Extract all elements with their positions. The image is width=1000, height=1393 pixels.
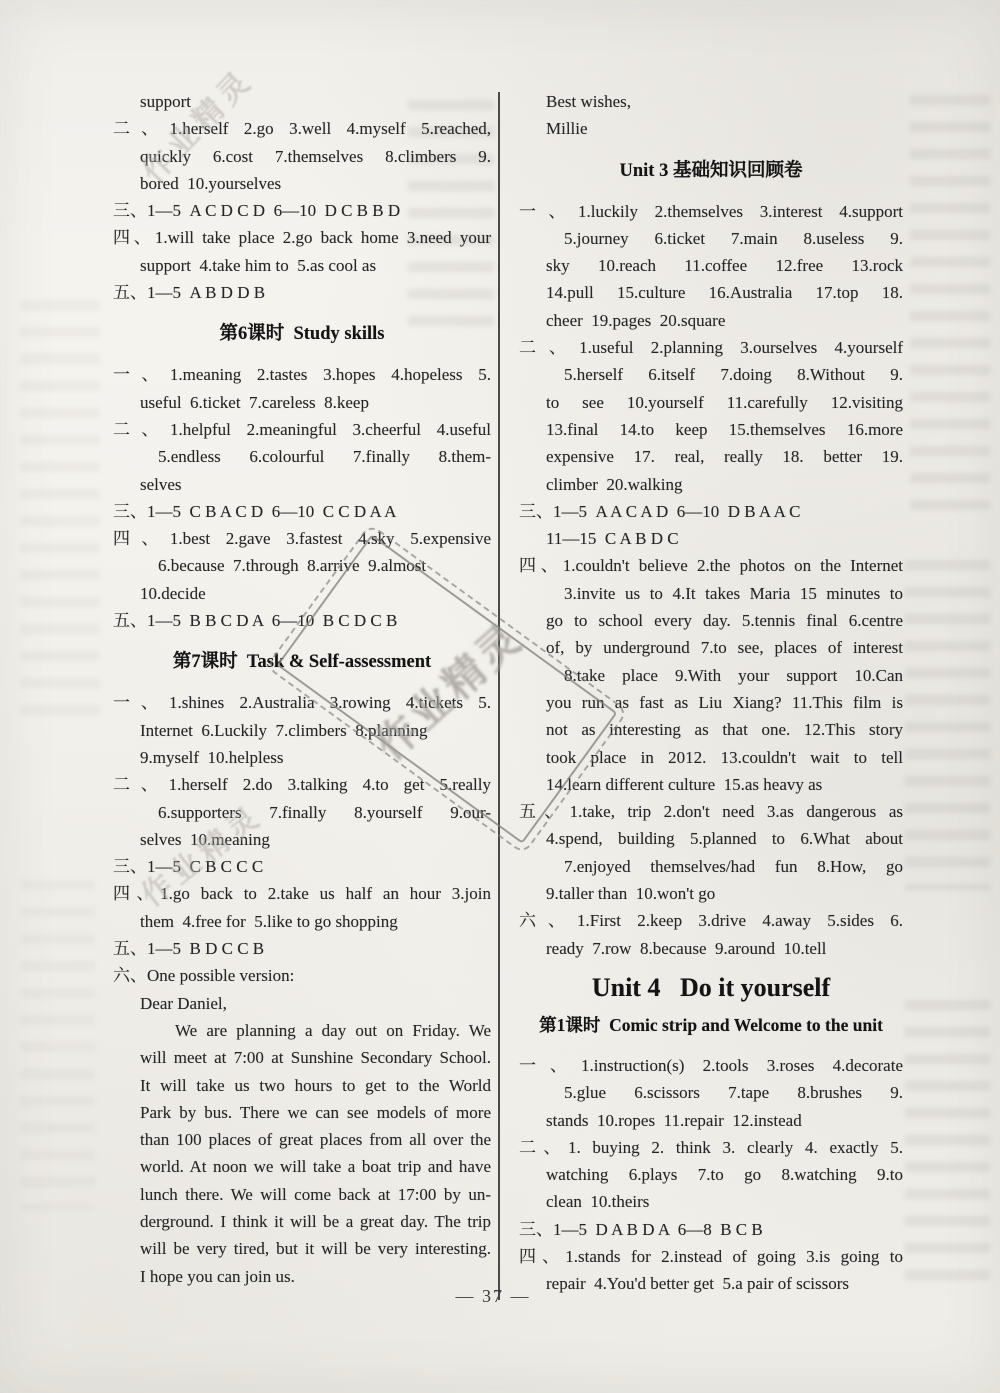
answer-line: 一、1.meaning 2.tastes 3.hopes 4.hopeless … <box>113 361 491 388</box>
answer-line: 二、1.herself 2.do 3.talking 4.to get 5.re… <box>113 771 491 798</box>
answer-line: 9.myself 10.helpless <box>113 744 491 771</box>
answer-line: 9.taller than 10.won't go <box>519 880 903 907</box>
unit-title: Unit 4 Do it yourself <box>519 972 903 1004</box>
section-heading: 第6课时 Study skills <box>113 319 491 349</box>
scanned-answer-page: support二、1.herself 2.go 3.well 4.myself … <box>0 0 1000 1393</box>
answer-line: bored 10.yourselves <box>113 170 491 197</box>
answer-line: 13.final 14.to keep 15.themselves 16.mor… <box>519 416 903 443</box>
answer-line: Dear Daniel, <box>113 990 491 1017</box>
answer-line: expensive 17. real, really 18. better 19… <box>519 443 903 470</box>
answer-line: 五、1—5 A B D D B <box>113 279 491 306</box>
answer-line: 二、1. buying 2. think 3. clearly 4. exact… <box>519 1134 903 1161</box>
answer-line: 一、1.shines 2.Australia 3.rowing 4.ticket… <box>113 689 491 716</box>
answer-line: 6.supporters 7.finally 8.yourself 9.our- <box>113 799 491 826</box>
answer-line: to see 10.yourself 11.carefully 12.visit… <box>519 389 903 416</box>
answer-line: 一、1.luckily 2.themselves 3.interest 4.su… <box>519 198 903 225</box>
left-column: support二、1.herself 2.go 3.well 4.myself … <box>113 88 491 1290</box>
answer-line: 三、1—5 A C D C D 6—10 D C B B D <box>113 197 491 224</box>
answer-line: 六、One possible version: <box>113 962 491 989</box>
answer-line: will be very tired, but it will be very … <box>113 1235 491 1262</box>
bleed-through-artifact <box>20 300 100 720</box>
answer-line: go to school every day. 5.tennis final 6… <box>519 607 903 634</box>
answer-line: 10.decide <box>113 580 491 607</box>
answer-line: 5.journey 6.ticket 7.main 8.useless 9. <box>519 225 903 252</box>
answer-line: 五、1—5 B D C C B <box>113 935 491 962</box>
answer-line: Best wishes, <box>519 88 903 115</box>
answer-line: them 4.free for 5.like to go shopping <box>113 908 491 935</box>
answer-line: Internet 6.Luckily 7.climbers 8.planning <box>113 717 491 744</box>
answer-line: derground. I think it will be a great da… <box>113 1208 491 1235</box>
answer-line: 四、1.go back to 2.take us half an hour 3.… <box>113 880 491 907</box>
page-number: — 37 — <box>433 1286 553 1307</box>
answer-line: useful 6.ticket 7.careless 8.keep <box>113 389 491 416</box>
answer-line: quickly 6.cost 7.themselves 8.climbers 9… <box>113 143 491 170</box>
answer-line: 7.enjoyed themselves/had fun 8.How, go <box>519 853 903 880</box>
answer-line: 三、1—5 D A B D A 6—8 B C B <box>519 1216 903 1243</box>
answer-line: 四、1.best 2.gave 3.fastest 4.sky 5.expens… <box>113 525 491 552</box>
answer-line: 11—15 C A B D C <box>519 525 903 552</box>
answer-line: world. At noon we will take a boat trip … <box>113 1153 491 1180</box>
answer-line: 5.glue 6.scissors 7.tape 8.brushes 9. <box>519 1079 903 1106</box>
answer-line: than 100 places of great places from all… <box>113 1126 491 1153</box>
answer-line: will meet at 7:00 at Sunshine Secondary … <box>113 1044 491 1071</box>
answer-line: sky 10.reach 11.coffee 12.free 13.rock <box>519 252 903 279</box>
answer-line: 3.invite us to 4.It takes Maria 15 minut… <box>519 580 903 607</box>
answer-line: climber 20.walking <box>519 471 903 498</box>
answer-line: Millie <box>519 115 903 142</box>
answer-line: clean 10.theirs <box>519 1188 903 1215</box>
answer-line: We are planning a day out on Friday. We <box>113 1017 491 1044</box>
answer-line: 二、1.useful 2.planning 3.ourselves 4.your… <box>519 334 903 361</box>
answer-line: repair 4.You'd better get 5.a pair of sc… <box>519 1270 903 1297</box>
answer-line: 一、1.instruction(s) 2.tools 3.roses 4.dec… <box>519 1052 903 1079</box>
column-divider <box>498 92 500 1300</box>
bleed-through-artifact <box>20 880 95 1210</box>
answer-line: It will take us two hours to get to the … <box>113 1072 491 1099</box>
answer-line: 二、1.helpful 2.meaningful 3.cheerful 4.us… <box>113 416 491 443</box>
answer-line: 四、1.couldn't believe 2.the photos on the… <box>519 552 903 579</box>
bleed-through-artifact <box>910 95 990 515</box>
answer-line: support <box>113 88 491 115</box>
answer-line: selves 10.meaning <box>113 826 491 853</box>
answer-line: 5.endless 6.colourful 7.finally 8.them- <box>113 443 491 470</box>
bleed-through-artifact <box>905 560 990 890</box>
answer-line: took place in 2012. 13.couldn't wait to … <box>519 744 903 771</box>
answer-line: 三、1—5 C B A C D 6—10 C C D A A <box>113 498 491 525</box>
answer-line: not as interesting as that one. 12.This … <box>519 716 903 743</box>
answer-line: 五、1.take, trip 2.don't need 3.as dangero… <box>519 798 903 825</box>
answer-line: 六、1.First 2.keep 3.drive 4.away 5.sides … <box>519 907 903 934</box>
answer-line: cheer 19.pages 20.square <box>519 307 903 334</box>
answer-line: support 4.take him to 5.as cool as <box>113 252 491 279</box>
answer-line: ready 7.row 8.because 9.around 10.tell <box>519 935 903 962</box>
answer-line: of, by underground 7.to see, places of i… <box>519 634 903 661</box>
answer-line: 4.spend, building 5.planned to 6.What ab… <box>519 825 903 852</box>
answer-line: 五、1—5 B B C D A 6—10 B C D C B <box>113 607 491 634</box>
answer-line: 三、1—5 C B C C C <box>113 853 491 880</box>
answer-line: 14.pull 15.culture 16.Australia 17.top 1… <box>519 279 903 306</box>
answer-line: lunch there. We will come back at 17:00 … <box>113 1181 491 1208</box>
answer-line: selves <box>113 471 491 498</box>
section-heading: 第7课时 Task & Self-assessment <box>113 647 491 677</box>
answer-line: 四、1.stands for 2.instead of going 3.is g… <box>519 1243 903 1270</box>
answer-line: you run as fast as Liu Xiang? 11.This fi… <box>519 689 903 716</box>
answer-line: 8.take place 9.With your support 10.Can <box>519 662 903 689</box>
answer-line: 三、1—5 A A C A D 6—10 D B A A C <box>519 498 903 525</box>
answer-line: 二、1.herself 2.go 3.well 4.myself 5.reach… <box>113 115 491 142</box>
answer-line: 6.because 7.through 8.arrive 9.almost <box>113 552 491 579</box>
answer-line: 四、1.will take place 2.go back home 3.nee… <box>113 224 491 251</box>
section-heading: Unit 3 基础知识回顾卷 <box>519 156 903 186</box>
answer-line: Park by bus. There we can see models of … <box>113 1099 491 1126</box>
right-column: Best wishes,MillieUnit 3 基础知识回顾卷一、1.luck… <box>519 88 903 1298</box>
answer-line: 5.herself 6.itself 7.doing 8.Without 9. <box>519 361 903 388</box>
answer-line: watching 6.plays 7.to go 8.watching 9.to <box>519 1161 903 1188</box>
answer-line: stands 10.ropes 11.repair 12.instead <box>519 1107 903 1134</box>
bleed-through-artifact <box>905 1000 990 1280</box>
answer-line: 14.learn different culture 15.as heavy a… <box>519 771 903 798</box>
lesson-heading: 第1课时 Comic strip and Welcome to the unit <box>519 1011 903 1039</box>
